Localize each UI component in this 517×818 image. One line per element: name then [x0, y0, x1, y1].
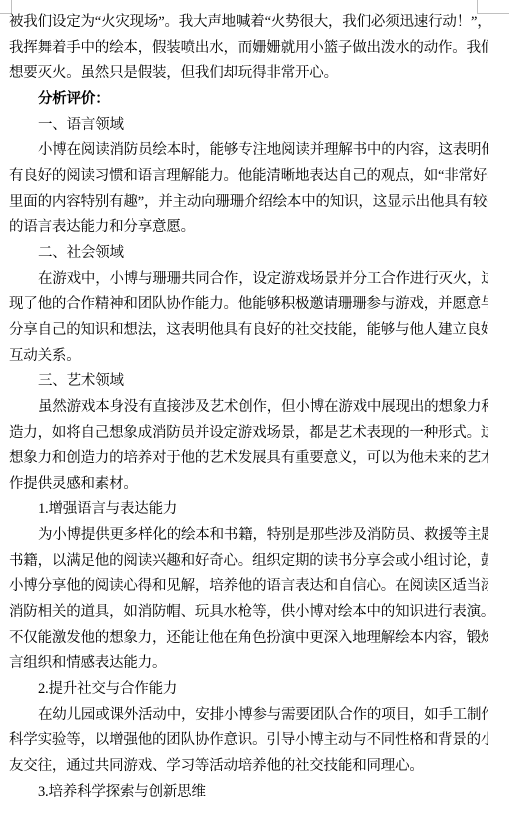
heading-line: 2.提升社交与合作能力	[9, 677, 488, 703]
text-line: 想象力和创造力的培养对于他的艺术发展具有重要意义，可以为他未来的艺术创	[9, 446, 488, 472]
paragraph-suggestion1-heading: 1.增强语言与表达能力	[9, 497, 488, 523]
heading-line: 分析评价：	[9, 87, 488, 113]
document-body: 被我们设定为“火灾现场”。我大声地喊着“火势很大，我们必须迅速行动！”， 我挥舞…	[9, 10, 488, 805]
paragraph-suggestion2-heading: 2.提升社交与合作能力	[9, 677, 488, 703]
text-line: 为小博提供更多样化的绘本和书籍，特别是那些涉及消防员、救援等主题的	[9, 523, 488, 549]
text-line: 科学实验等，以增强他的团队协作意识。引导小博主动与不同性格和背景的小朋	[9, 728, 488, 754]
text-line: 在幼儿园或课外活动中，安排小博参与需要团队合作的项目，如手工制作、	[9, 703, 488, 729]
text-line: 造力，如将自己想象成消防员并设定游戏场景，都是艺术表现的一种形式。这种	[9, 421, 488, 447]
paragraph-suggestion2-body: 在幼儿园或课外活动中，安排小博参与需要团队合作的项目，如手工制作、 科学实验等，…	[9, 703, 488, 806]
text-line: 不仅能激发他的想象力，还能让他在角色扮演中更深入地理解绘本内容，锻炼语	[9, 626, 488, 652]
document-page[interactable]: 被我们设定为“火灾现场”。我大声地喊着“火势很大，我们必须迅速行动！”， 我挥舞…	[0, 0, 517, 818]
text-line: 有良好的阅读习惯和语言理解能力。他能清晰地表达自己的观点，如“非常好看，	[9, 164, 488, 190]
text-line: 言组织和情感表达能力。	[9, 651, 488, 677]
text-line: 在游戏中，小博与珊珊共同合作，设定游戏场景并分工合作进行灭火，这体	[9, 267, 488, 293]
paragraph-language-domain: 小博在阅读消防员绘本时，能够专注地阅读并理解书中的内容，这表明他具 有良好的阅读…	[9, 138, 488, 241]
text-line: 小博在阅读消防员绘本时，能够专注地阅读并理解书中的内容，这表明他具	[9, 138, 488, 164]
heading-line: 1.增强语言与表达能力	[9, 497, 488, 523]
paragraph-section3-heading: 三、艺术领域	[9, 369, 488, 395]
text-line: 分享自己的知识和想法，这表明他具有良好的社交技能，能够与他人建立良好的	[9, 318, 488, 344]
text-line: 友交往，通过共同游戏、学习等活动培养他的社交技能和同理心。	[9, 754, 488, 780]
paragraph-art-domain: 虽然游戏本身没有直接涉及艺术创作，但小博在游戏中展现出的想象力和创 造力，如将自…	[9, 395, 488, 498]
paragraph-analysis-heading: 分析评价：	[9, 87, 488, 113]
text-line: 被我们设定为“火灾现场”。我大声地喊着“火势很大，我们必须迅速行动！”，	[9, 10, 488, 36]
heading-line: 3.培养科学探索与创新思维	[9, 780, 488, 806]
paragraph-continuation: 被我们设定为“火灾现场”。我大声地喊着“火势很大，我们必须迅速行动！”， 我挥舞…	[9, 10, 488, 87]
text-line: 里面的内容特别有趣”，并主动向珊珊介绍绘本中的知识，这显示出他具有较强	[9, 190, 488, 216]
text-line: 虽然游戏本身没有直接涉及艺术创作，但小博在游戏中展现出的想象力和创	[9, 395, 488, 421]
text-line: 我挥舞着手中的绘本，假装喷出水，而姗姗就用小篮子做出泼水的动作。我们一	[9, 36, 488, 62]
heading-line: 二、社会领域	[9, 241, 488, 267]
text-line: 的语言表达能力和分享意愿。	[9, 215, 488, 241]
heading-line: 三、艺术领域	[9, 369, 488, 395]
heading-line: 一、语言领域	[9, 113, 488, 139]
text-line: 消防相关的道具，如消防帽、玩具水枪等，供小博对绘本中的知识进行表演。这	[9, 600, 488, 626]
paragraph-social-domain: 在游戏中，小博与珊珊共同合作，设定游戏场景并分工合作进行灭火，这体 现了他的合作…	[9, 267, 488, 370]
text-line: 想要灭火。虽然只是假装，但我们却玩得非常开心。	[9, 61, 488, 87]
text-line: 现了他的合作精神和团队协作能力。他能够积极邀请珊珊参与游戏，并愿意与她	[9, 292, 488, 318]
text-line: 互动关系。	[9, 344, 488, 370]
paragraph-suggestion1-body: 为小博提供更多样化的绘本和书籍，特别是那些涉及消防员、救援等主题的 书籍，以满足…	[9, 523, 488, 677]
text-line: 小博分享他的阅读心得和见解，培养他的语言表达和自信心。在阅读区适当添加	[9, 574, 488, 600]
text-line: 作提供灵感和素材。	[9, 472, 488, 498]
paragraph-section2-heading: 二、社会领域	[9, 241, 488, 267]
text-line: 书籍，以满足他的阅读兴趣和好奇心。组织定期的读书分享会或小组讨论，鼓励	[9, 549, 488, 575]
paragraph-section1-heading: 一、语言领域	[9, 113, 488, 139]
